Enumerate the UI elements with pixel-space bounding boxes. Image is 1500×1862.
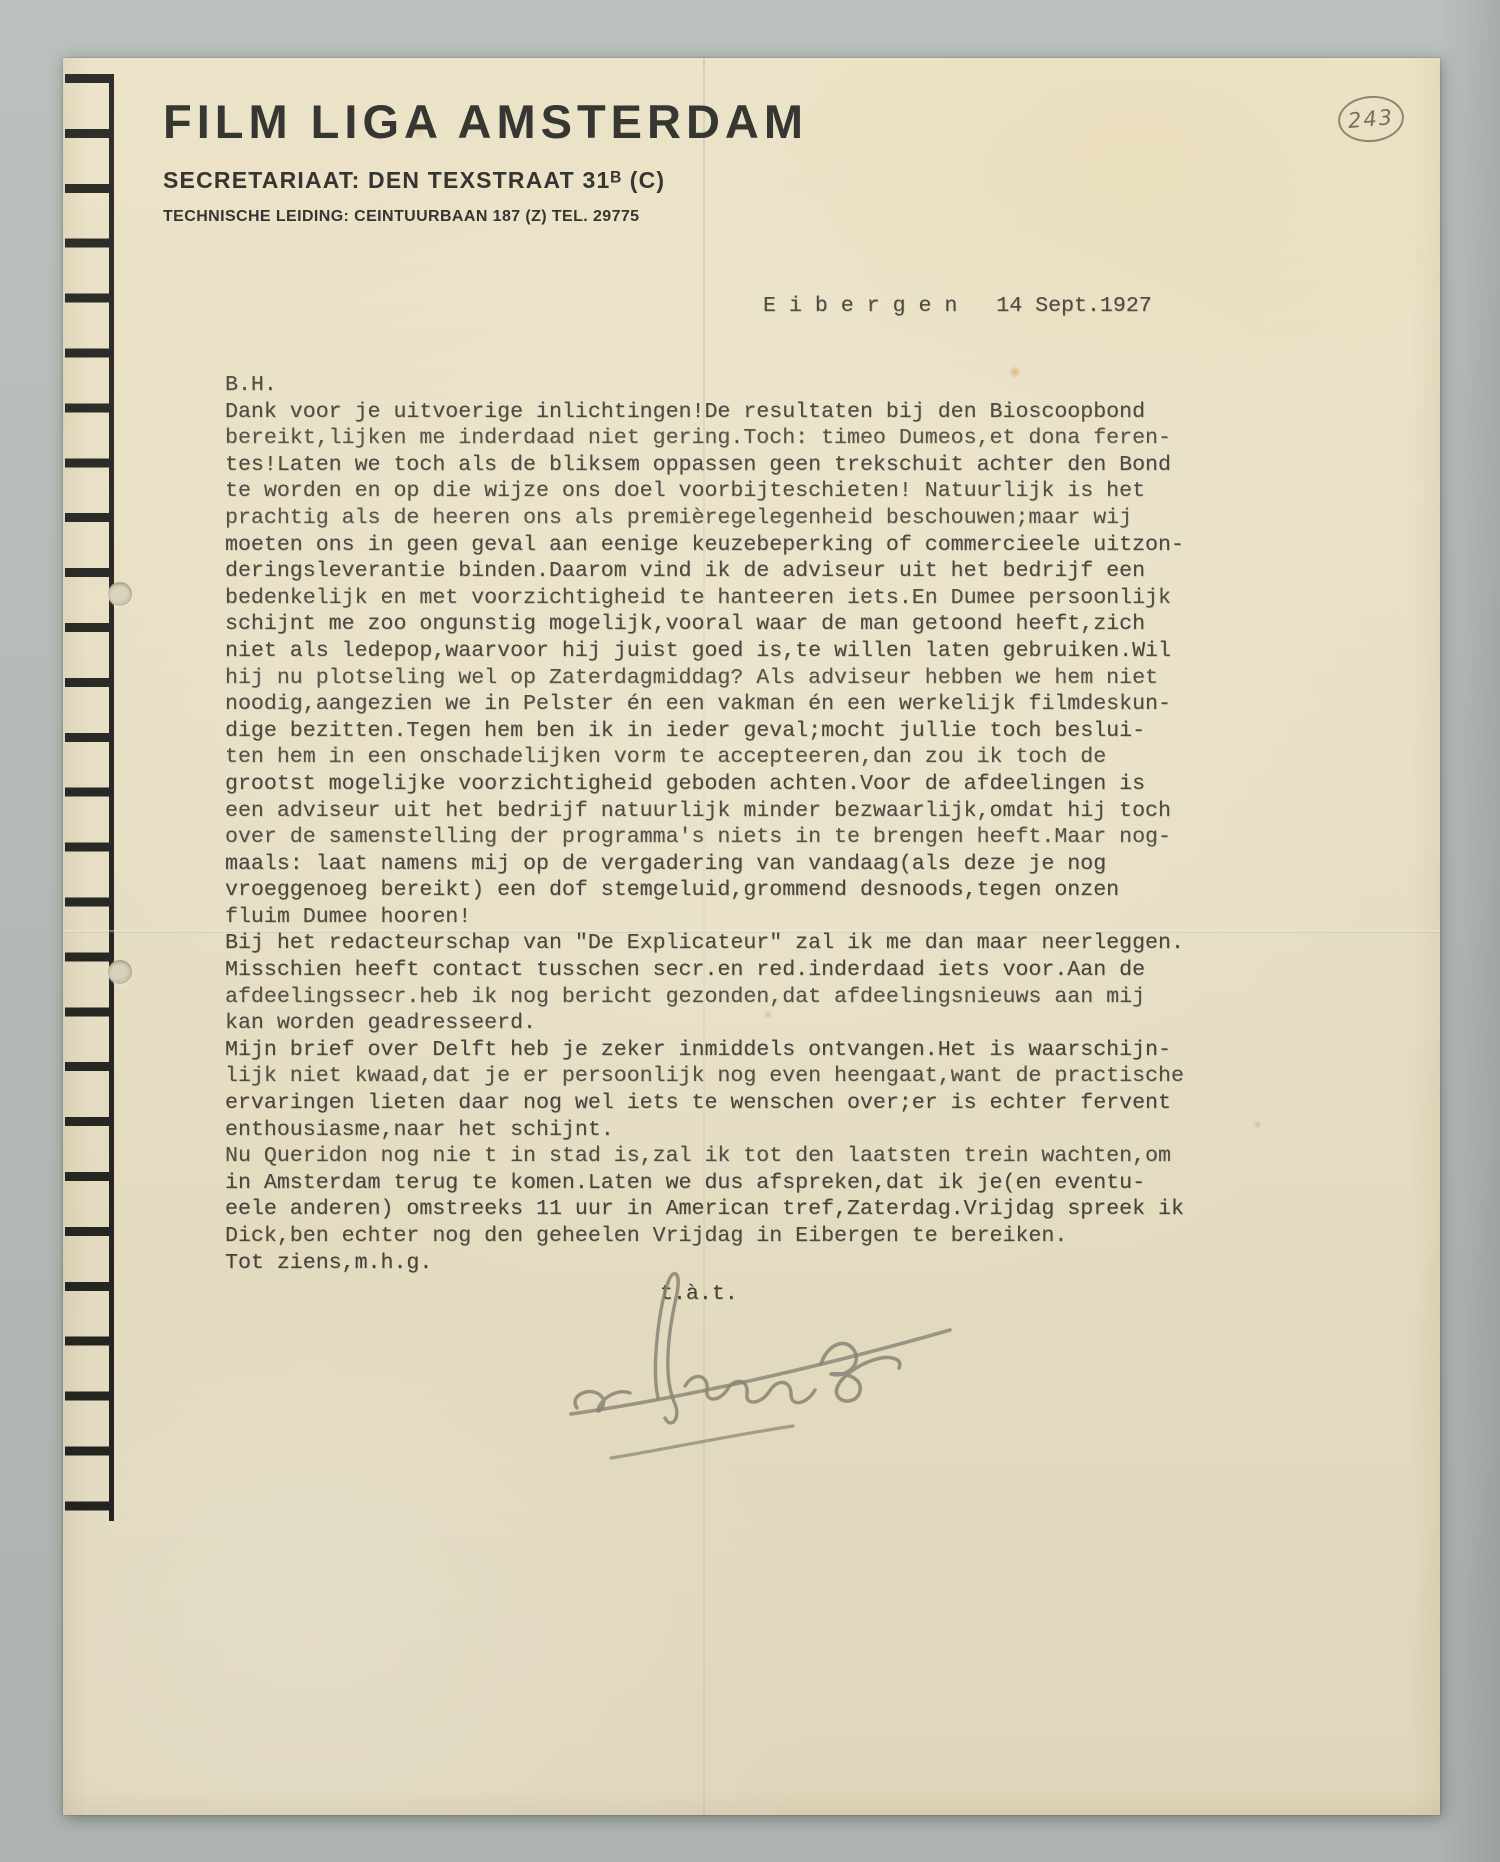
letter-line: ten hem in een onschadelijken vorm te ac… [225, 744, 1184, 771]
letter-line: een adviseur uit het bedrijf natuurlijk … [225, 798, 1184, 825]
letter-line: prachtig als de heeren ons als premièreg… [225, 505, 1184, 532]
letter-line: bedenkelijk en met voorzichtigheid te ha… [225, 585, 1184, 612]
punch-hole-top [108, 582, 132, 606]
letter-line: Bij het redacteurschap van "De Explicate… [225, 930, 1184, 957]
letter-line: te worden en op die wijze ons doel voorb… [225, 478, 1184, 505]
letterhead-secretariat-line: SECRETARIAAT: DEN TEXSTRAAT 31ᴮ (C) [163, 167, 808, 194]
letter-line: hij nu plotseling wel op Zaterdagmiddag?… [225, 665, 1184, 692]
letter-line: grootst mogelijke voorzichtigheid gebode… [225, 771, 1184, 798]
letter-line: vroeggenoeg bereikt) een dof stemgeluid,… [225, 877, 1184, 904]
paper-stain [1253, 1120, 1262, 1129]
letter-line: Dick,ben echter nog den geheelen Vrijdag… [225, 1223, 1184, 1250]
letter-line: ervaringen lieten daar nog wel iets te w… [225, 1090, 1184, 1117]
letter-line: Tot ziens,m.h.g. [225, 1250, 1184, 1277]
letter-line: niet als ledepop,waarvoor hij juist goed… [225, 638, 1184, 665]
letter-line: afdeelingssecr.heb ik nog bericht gezond… [225, 984, 1184, 1011]
letter-line: bereikt,lijken me inderdaad niet gering.… [225, 425, 1184, 452]
letter-line: deringsleverantie binden.Daarom vind ik … [225, 558, 1184, 585]
letter-line: Dank voor je uitvoerige inlichtingen!De … [225, 399, 1184, 426]
letter-line: Misschien heeft contact tusschen secr.en… [225, 957, 1184, 984]
letter-page: FILM LIGA AMSTERDAM SECRETARIAAT: DEN TE… [63, 58, 1440, 1815]
letter-line: Nu Queridon nog nie t in stad is,zal ik … [225, 1143, 1184, 1170]
circled-page-number-annotation: 243 [1336, 93, 1406, 145]
letter-line: maals: laat namens mij op de vergadering… [225, 851, 1184, 878]
signature-scribble [563, 1258, 1043, 1498]
scan-background: FILM LIGA AMSTERDAM SECRETARIAAT: DEN TE… [0, 0, 1500, 1862]
letterhead-technical-line: TECHNISCHE LEIDING: CEINTUURBAAN 187 (Z)… [163, 208, 808, 226]
letter-line: eele anderen) omstreeks 11 uur in Americ… [225, 1196, 1184, 1223]
letter-line: dige bezitten.Tegen hem ben ik in ieder … [225, 718, 1184, 745]
letterhead-title: FILM LIGA AMSTERDAM [163, 98, 808, 145]
letter-line: tes!Laten we toch als de bliksem oppasse… [225, 452, 1184, 479]
filmstrip-binding-marks [65, 74, 111, 1512]
dateline: E i b e r g e n 14 Sept.1927 [763, 294, 1152, 318]
letter-body: B.H.Dank voor je uitvoerige inlichtingen… [225, 372, 1184, 1276]
letter-line: kan worden geadresseerd. [225, 1010, 1184, 1037]
filmstrip-vertical-line [109, 74, 114, 1521]
letter-line: enthousiasme,naar het schijnt. [225, 1117, 1184, 1144]
letter-line: Mijn brief over Delft heb je zeker inmid… [225, 1037, 1184, 1064]
letter-line: noodig,aangezien we in Pelster én een va… [225, 691, 1184, 718]
letter-line: moeten ons in geen geval aan eenige keuz… [225, 532, 1184, 559]
letter-line: fluim Dumee hooren! [225, 904, 1184, 931]
letter-line: schijnt me zoo ongunstig mogelijk,vooral… [225, 611, 1184, 638]
letter-line: lijk niet kwaad,dat je er persoonlijk no… [225, 1063, 1184, 1090]
punch-hole-bottom [108, 960, 132, 984]
closing-tat: t.à.t. [660, 1282, 738, 1306]
letter-line: B.H. [225, 372, 1184, 399]
letter-line: over de samenstelling der programma's ni… [225, 824, 1184, 851]
letter-line: in Amsterdam terug te komen.Laten we dus… [225, 1170, 1184, 1197]
page-number-text: 243 [1347, 105, 1395, 133]
letterhead: FILM LIGA AMSTERDAM SECRETARIAAT: DEN TE… [163, 98, 808, 226]
